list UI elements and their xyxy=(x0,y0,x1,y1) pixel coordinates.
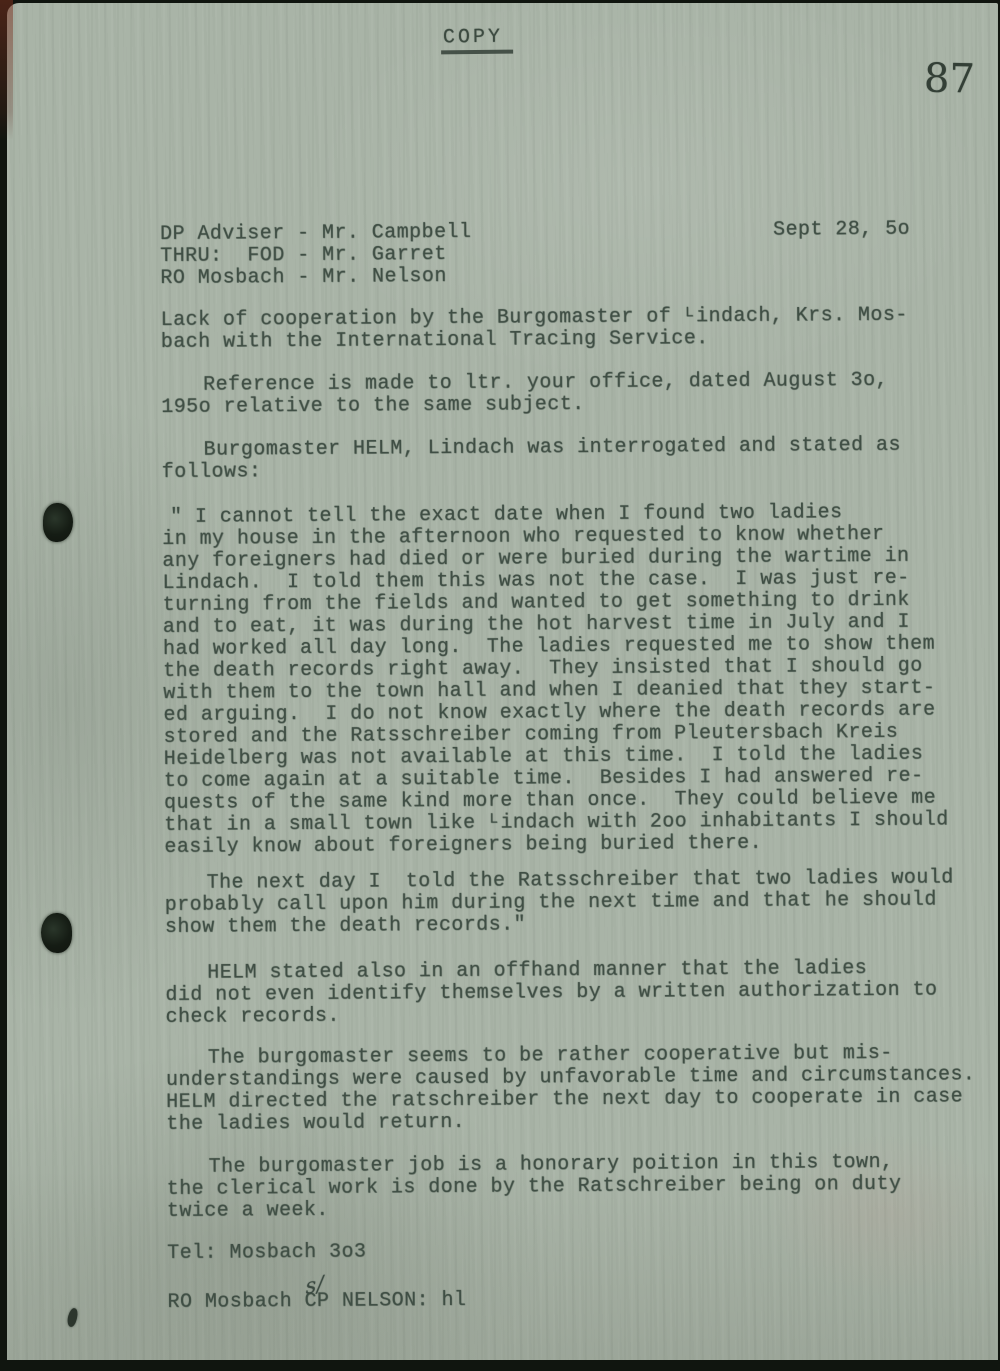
para-honorary-job: The burgomaster job is a honorary poitio… xyxy=(167,1151,997,1223)
address-block: DP Adviser - Mr. Campbell Sept 28, 5o TH… xyxy=(160,218,990,290)
copy-label: COPY xyxy=(441,26,513,55)
date-line: Sept 28, 5o xyxy=(773,219,910,242)
para-helm-quote: " I cannot tell the exact date when I fo… xyxy=(162,501,994,859)
subject-lines: Lack of cooperation by the Burgomaster o… xyxy=(161,304,991,354)
signature-suffix: NELSON: hl xyxy=(329,1289,466,1313)
left-edge-tint xyxy=(0,0,13,140)
document-content: DP Adviser - Mr. Campbell Sept 28, 5o TH… xyxy=(160,218,998,1314)
tel-line: Tel: Mosbach 3o3 xyxy=(167,1237,997,1265)
para-next-day: The next day I told the Ratsschreiber th… xyxy=(165,867,995,939)
para-assessment: The burgomaster seems to be rather coope… xyxy=(166,1042,997,1136)
signature-prefix: RO Mosbach xyxy=(167,1290,304,1314)
para-reference: Reference is made to ltr. your office, d… xyxy=(161,369,991,419)
scanned-page: COPY 87 DP Adviser - Mr. Campbell Sept 2… xyxy=(0,0,1000,1371)
ro-line: RO Mosbach - Mr. Nelson xyxy=(160,262,990,290)
para-interrogation-intro: Burgomaster HELM, Lindach was interrogat… xyxy=(162,434,992,484)
para-offhand: HELM stated also in an offhand manner th… xyxy=(165,957,995,1029)
punch-hole-bottom xyxy=(41,913,72,953)
cp-initials-wrap: s/CP xyxy=(304,1291,329,1313)
page-number: 87 xyxy=(924,56,976,103)
handwritten-s-slash: s/ xyxy=(305,1272,324,1298)
